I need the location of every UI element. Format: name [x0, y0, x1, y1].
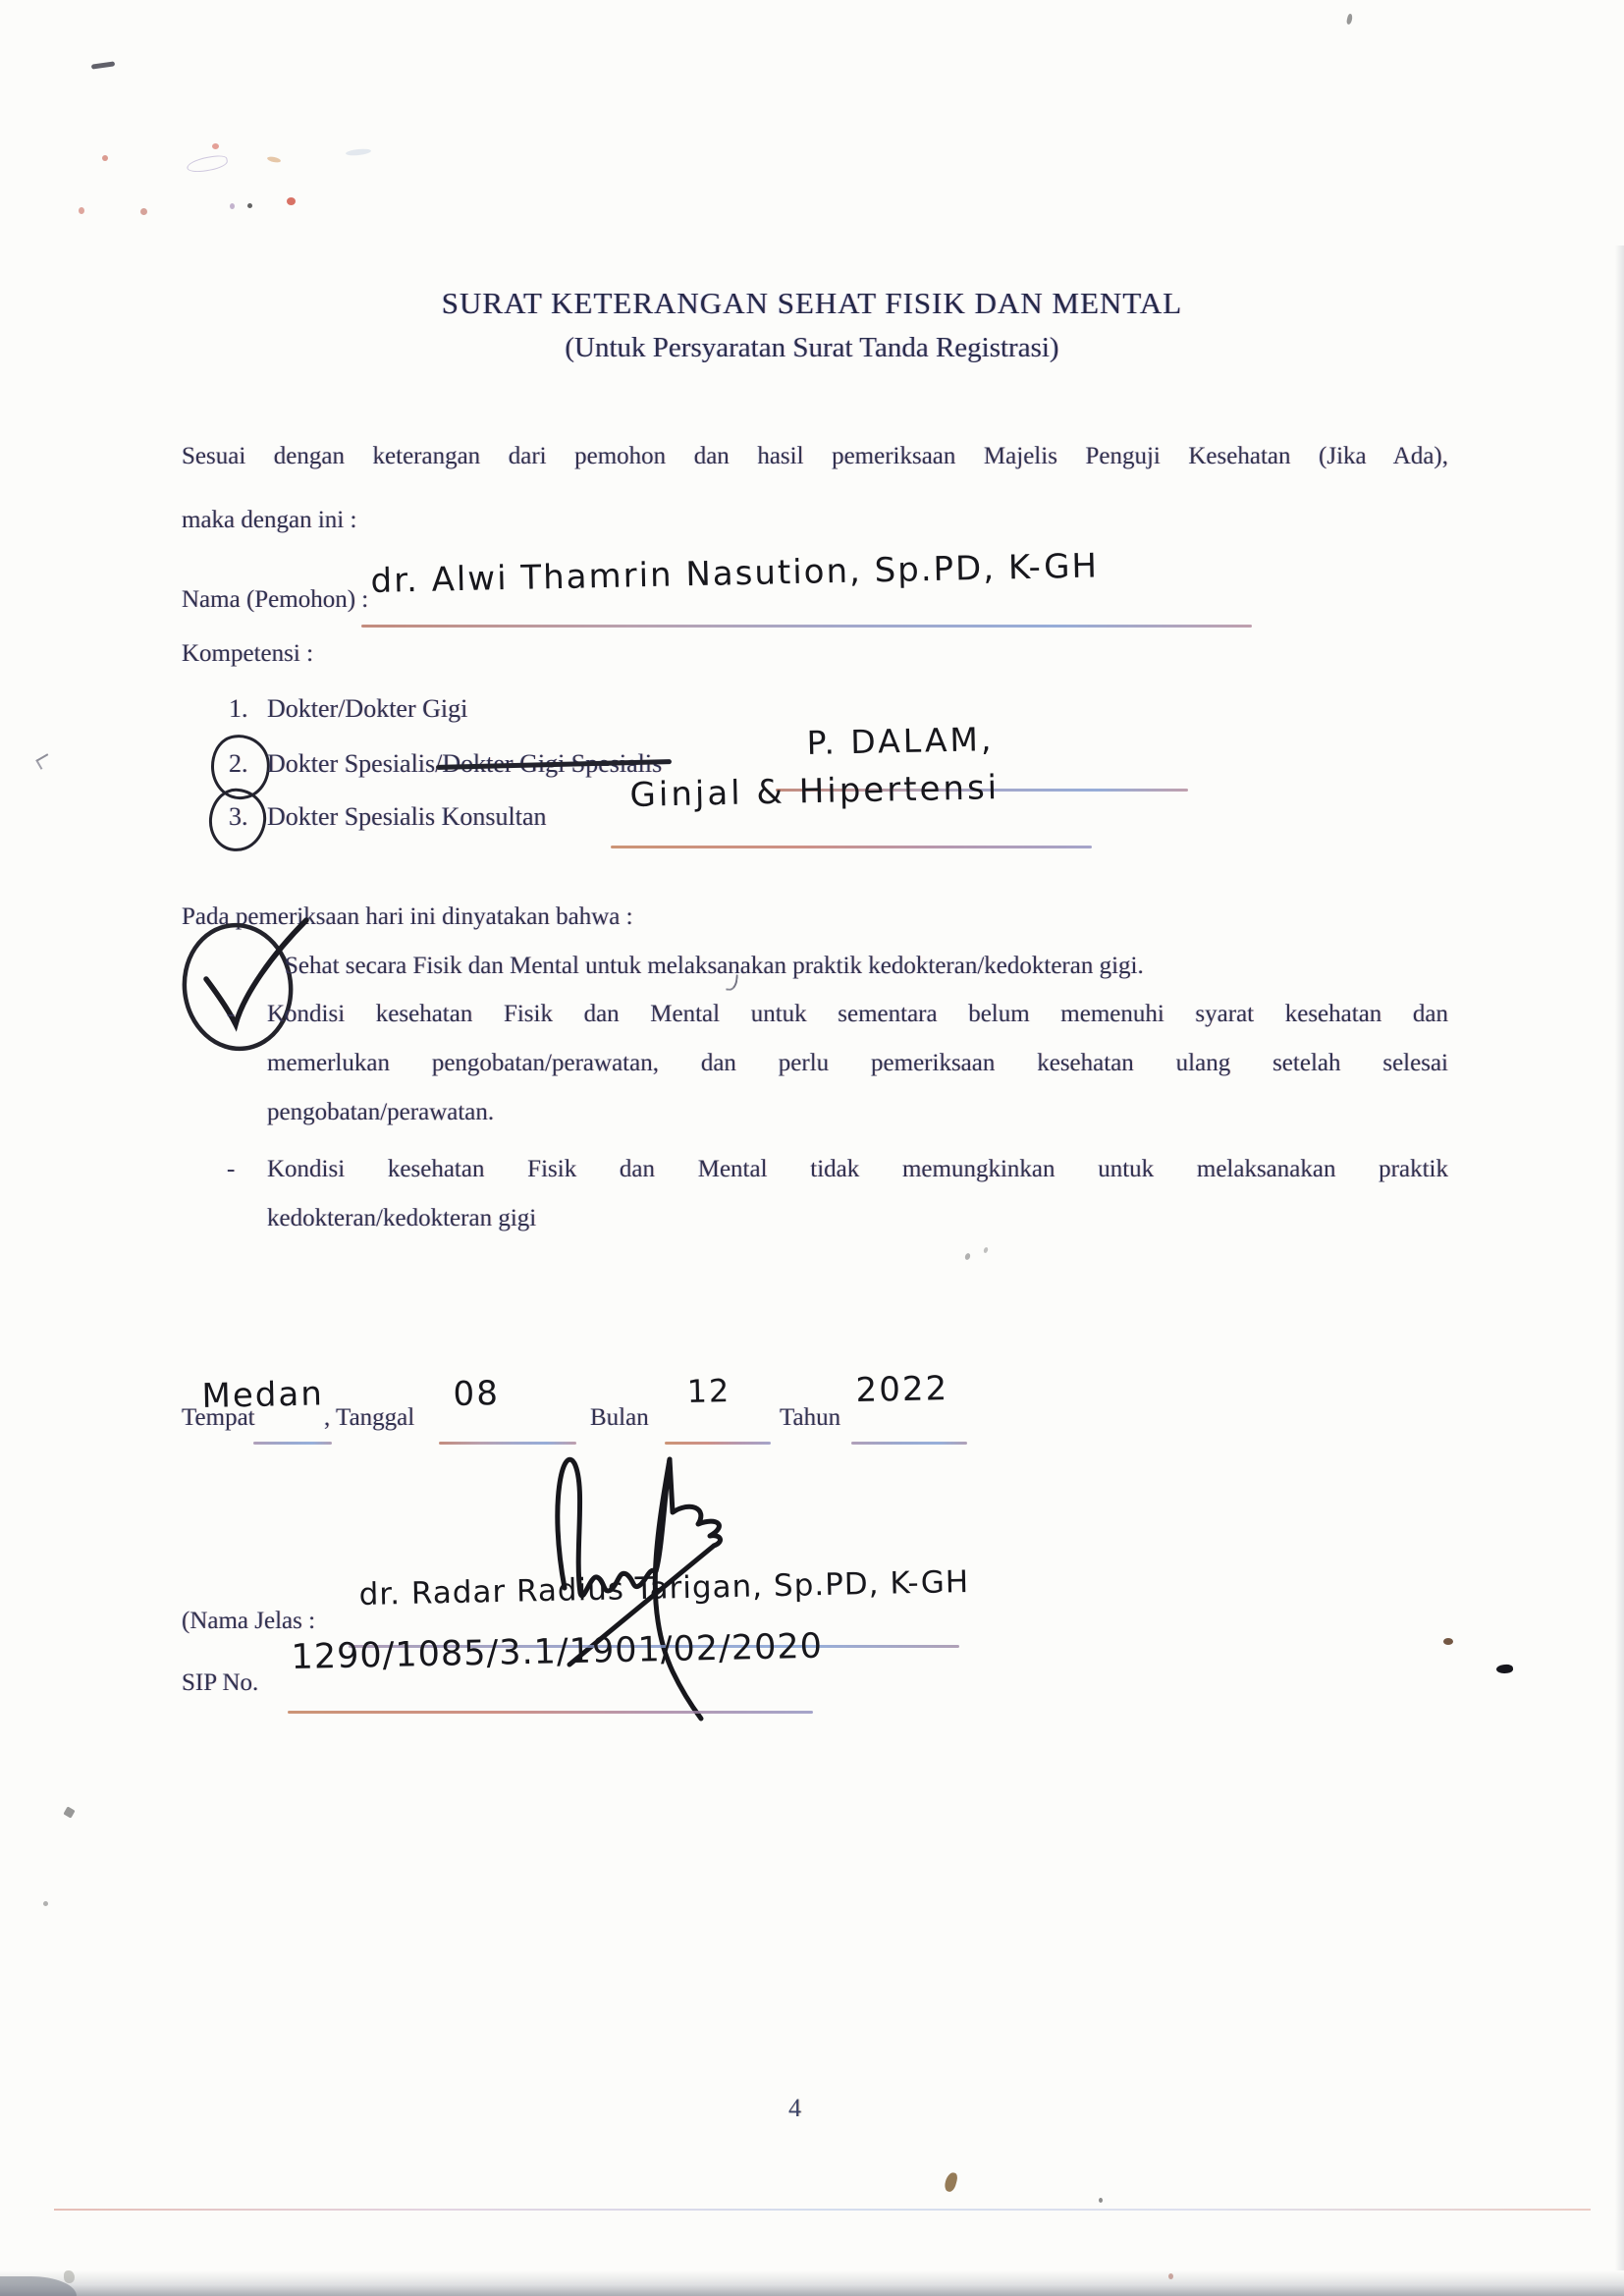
kompetensi-label: Kompetensi :	[182, 640, 313, 668]
item2-text-struck: Dokter Gigi Spesialis	[442, 749, 662, 778]
kompetensi-item1-number: 1.	[229, 694, 248, 724]
scanner-artifact-line	[54, 2209, 1591, 2211]
option2-line-2: memerlukan pengobatan/perawatan, dan per…	[267, 1050, 1448, 1077]
option2-bullet: -	[227, 1001, 235, 1028]
intro-line-2: maka dengan ini :	[182, 507, 356, 534]
page-edge-right	[1615, 246, 1624, 2270]
item2-text-plain: Dokter Spesialis/	[267, 749, 442, 778]
page-number: 4	[766, 2094, 825, 2123]
applicant-name-underline	[361, 625, 1252, 628]
scan-speck	[1099, 2198, 1103, 2203]
kompetensi-item3-text: Dokter Spesialis Konsultan	[267, 802, 547, 832]
option3-line-2: kedokteran/kedokteran gigi	[267, 1205, 536, 1232]
statement-option-checked: Sehat secara Fisik dan Mental untuk mela…	[285, 953, 1144, 980]
scan-speck	[230, 203, 235, 209]
date-label: , Tanggal	[324, 1404, 414, 1432]
year-value-handwritten: 2022	[855, 1369, 948, 1410]
scan-speck	[267, 156, 282, 164]
scan-speck	[964, 1252, 971, 1260]
scan-speck	[43, 1901, 48, 1906]
item3-pen-circle	[206, 787, 268, 854]
scan-speck	[287, 197, 296, 205]
scan-speck	[140, 208, 147, 215]
date-value-handwritten: 08	[453, 1374, 500, 1414]
intro-line-1: Sesuai dengan keterangan dari pemohon da…	[182, 443, 1448, 470]
scan-speck	[79, 207, 84, 214]
item3-underline	[611, 846, 1092, 848]
clear-name-handwritten: dr. Radar Radius Tarigan, Sp.PD, K-GH	[358, 1564, 969, 1613]
scan-speck	[35, 753, 53, 770]
clear-name-label: (Nama Jelas :	[182, 1608, 315, 1635]
document-subtitle: (Untuk Persyaratan Surat Tanda Registras…	[0, 332, 1624, 364]
scanned-document-page: SURAT KETERANGAN SEHAT FISIK DAN MENTAL …	[0, 0, 1624, 2296]
scan-speck	[63, 1806, 75, 1818]
option3-line-1: Kondisi kesehatan Fisik dan Mental tidak…	[267, 1156, 1448, 1183]
item3-value-handwritten: Ginjal & Hipertensi	[629, 768, 1000, 815]
scan-speck	[91, 61, 115, 69]
document-title: SURAT KETERANGAN SEHAT FISIK DAN MENTAL	[0, 286, 1624, 321]
applicant-name-label: Nama (Pemohon) :	[182, 586, 368, 614]
sip-underline	[288, 1711, 813, 1714]
option2-line-1: Kondisi kesehatan Fisik dan Mental untuk…	[267, 1001, 1448, 1028]
sip-label: SIP No.	[182, 1669, 258, 1697]
year-underline	[851, 1442, 967, 1445]
scan-speck	[726, 973, 738, 991]
place-underline	[253, 1442, 332, 1445]
page-edge-bottom	[0, 2270, 1624, 2296]
scan-speck	[186, 153, 229, 174]
scan-speck	[983, 1246, 989, 1253]
option3-bullet: -	[227, 1156, 235, 1183]
kompetensi-item2-text: Dokter Spesialis/Dokter Gigi Spesialis	[267, 749, 662, 779]
applicant-name-handwritten: dr. Alwi Thamrin Nasution, Sp.PD, K-GH	[370, 546, 1099, 601]
item2-value-handwritten: P. DALAM,	[806, 720, 995, 762]
scan-speck	[247, 203, 252, 208]
scan-speck	[102, 155, 108, 161]
month-value-handwritten: 12	[686, 1372, 731, 1410]
place-value-handwritten: Medan	[201, 1374, 324, 1416]
scan-speck	[944, 2171, 959, 2193]
scan-speck	[1443, 1638, 1453, 1645]
option2-line-3: pengobatan/perawatan.	[267, 1099, 494, 1126]
scan-speck	[1496, 1664, 1514, 1674]
kompetensi-item1-text: Dokter/Dokter Gigi	[267, 694, 467, 724]
scan-speck	[1346, 14, 1354, 26]
scan-speck	[346, 148, 371, 157]
scan-speck	[212, 143, 219, 149]
